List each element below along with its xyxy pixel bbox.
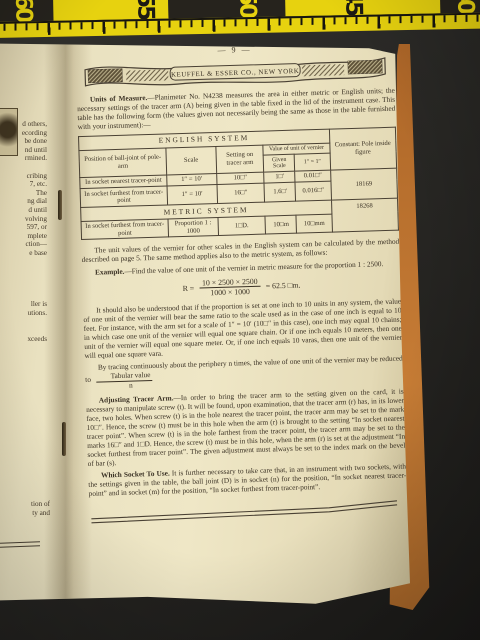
- left-page-fragment: cribing: [0, 172, 47, 181]
- tape-number: 55: [131, 0, 159, 18]
- formula-denominator: 1000 × 1000: [210, 287, 250, 297]
- formula-fraction: 10 × 2500 × 2500 1000 × 1000: [199, 277, 261, 298]
- left-page-fragment: [0, 318, 47, 327]
- left-page-fragment: [0, 258, 47, 267]
- formula-lhs: R =: [183, 284, 195, 293]
- settings-table: ENGLISH SYSTEM Constant: Pole inside fig…: [78, 126, 399, 240]
- left-page-fragment: rmined.: [0, 154, 47, 163]
- left-page-fragment: [0, 292, 47, 301]
- left-page-fragment: utions.: [0, 309, 47, 318]
- tracing-fraction-denominator: n: [96, 381, 153, 392]
- tape-number: 40: [451, 0, 479, 12]
- left-page-fragment: nd until: [0, 146, 47, 155]
- left-page-fragment: ng dial: [0, 197, 47, 206]
- paragraph-tracing: By tracing continuously about the periph…: [85, 355, 404, 392]
- banner-floral-texture: [126, 69, 168, 81]
- left-page-fragment: [0, 326, 47, 335]
- left-page-fragment: xceeds: [0, 335, 47, 344]
- photo-scene: 60 55 50 45 40 d others, ecording be don…: [0, 0, 480, 640]
- table-cell-given: 1□′: [264, 171, 295, 183]
- right-page: — 9 —: [75, 41, 407, 530]
- paragraph-units-of-measure: Units of Measure.—Planimeter No. N4238 m…: [77, 87, 396, 132]
- staple: [58, 190, 62, 220]
- formula: R = 10 × 2500 × 2500 1000 × 1000 = 62.5 …: [82, 273, 400, 301]
- table-cell-setting: 16□″: [217, 183, 265, 203]
- left-page-fragment: [0, 266, 47, 275]
- left-page-fragment: mplete: [0, 232, 47, 241]
- left-page-fragment: be done: [0, 137, 47, 146]
- left-page-end-rule: [0, 542, 40, 550]
- example-heading: Example.: [95, 267, 125, 277]
- column-header-setting: Setting on tracer arm: [216, 145, 264, 174]
- left-page-fragment: ecording: [0, 129, 47, 138]
- measuring-tape: 60 55 50 45 40: [0, 0, 480, 38]
- left-page-fragment: tion of: [0, 500, 50, 509]
- book-pages: d others, ecording be done nd until rmin…: [0, 38, 410, 606]
- paragraph-understood: It should also be understood that if the…: [83, 298, 402, 361]
- table-cell-scale: 1″ = 10′: [167, 185, 217, 205]
- column-header-given-scale: Given Scale: [264, 154, 296, 172]
- tape-number: 50: [233, 0, 261, 16]
- left-page-fragment: ller is: [0, 300, 47, 309]
- table-cell-position: In socket furthest from tracer-point: [81, 219, 169, 240]
- table-cell-setting: 1□D.: [218, 216, 266, 236]
- paragraph-adjusting-tracer-arm: Adjusting Tracer Arm.—In order to bring …: [86, 388, 406, 469]
- tracing-fraction: Tabular value n: [96, 371, 153, 391]
- page-end-rule: [89, 500, 401, 525]
- left-page-fragment: d others,: [0, 120, 47, 129]
- paragraph-which-socket: Which Socket To Use. It is further neces…: [88, 463, 407, 499]
- left-page-fragment: [0, 275, 47, 284]
- table-cell-given: 1.6□′: [264, 182, 296, 202]
- table-header-constant: Constant: Pole inside figure: [329, 127, 397, 170]
- table-cell-full: 0.016□″: [295, 181, 331, 201]
- left-page-fragment: volving: [0, 215, 47, 224]
- left-page: d others, ecording be done nd until rmin…: [0, 120, 47, 343]
- book: d others, ecording be done nd until rmin…: [0, 38, 440, 616]
- banner-end-ornament-texture: [348, 60, 382, 74]
- column-header-position: Position of ball-joint of pole-arm: [79, 148, 167, 178]
- units-body: —Planimeter No. N4238 measures the area …: [77, 86, 395, 131]
- table-cell-given: 10□m: [265, 215, 297, 235]
- banner-end-ornament-texture: [88, 69, 122, 83]
- left-page-fragment: d until: [0, 206, 47, 215]
- left-page-fragment: ty and: [0, 509, 50, 518]
- left-page-fragment: [0, 163, 47, 172]
- column-header-scale: Scale: [166, 146, 217, 175]
- left-page-fragment: ction—: [0, 240, 47, 249]
- left-page-fragment: 7, etc.: [0, 180, 47, 189]
- left-page-fragment: e base: [0, 249, 47, 258]
- table-cell-english-constant: 18169: [330, 168, 397, 200]
- table-cell-full: 10□mm: [296, 214, 332, 234]
- banner-floral-texture: [302, 64, 344, 76]
- which-socket-body: It is further necessary to take care tha…: [88, 462, 406, 498]
- formula-result: = 62.5 □m.: [266, 281, 301, 291]
- tape-number: 45: [339, 0, 367, 14]
- left-page-fragment: [0, 283, 47, 292]
- table-cell-scale: Proportion 1 : 1000: [168, 217, 218, 237]
- tape-number: 60: [9, 0, 37, 21]
- left-page-fragment: The: [0, 189, 47, 198]
- table-cell-metric-constant: 18268: [331, 198, 398, 233]
- column-header-full-size: 1″ = 1″: [295, 153, 331, 171]
- left-page-fragment: 597, or: [0, 223, 47, 232]
- staple: [62, 422, 66, 456]
- left-page-bottom-fragments: tion of ty and: [0, 500, 50, 517]
